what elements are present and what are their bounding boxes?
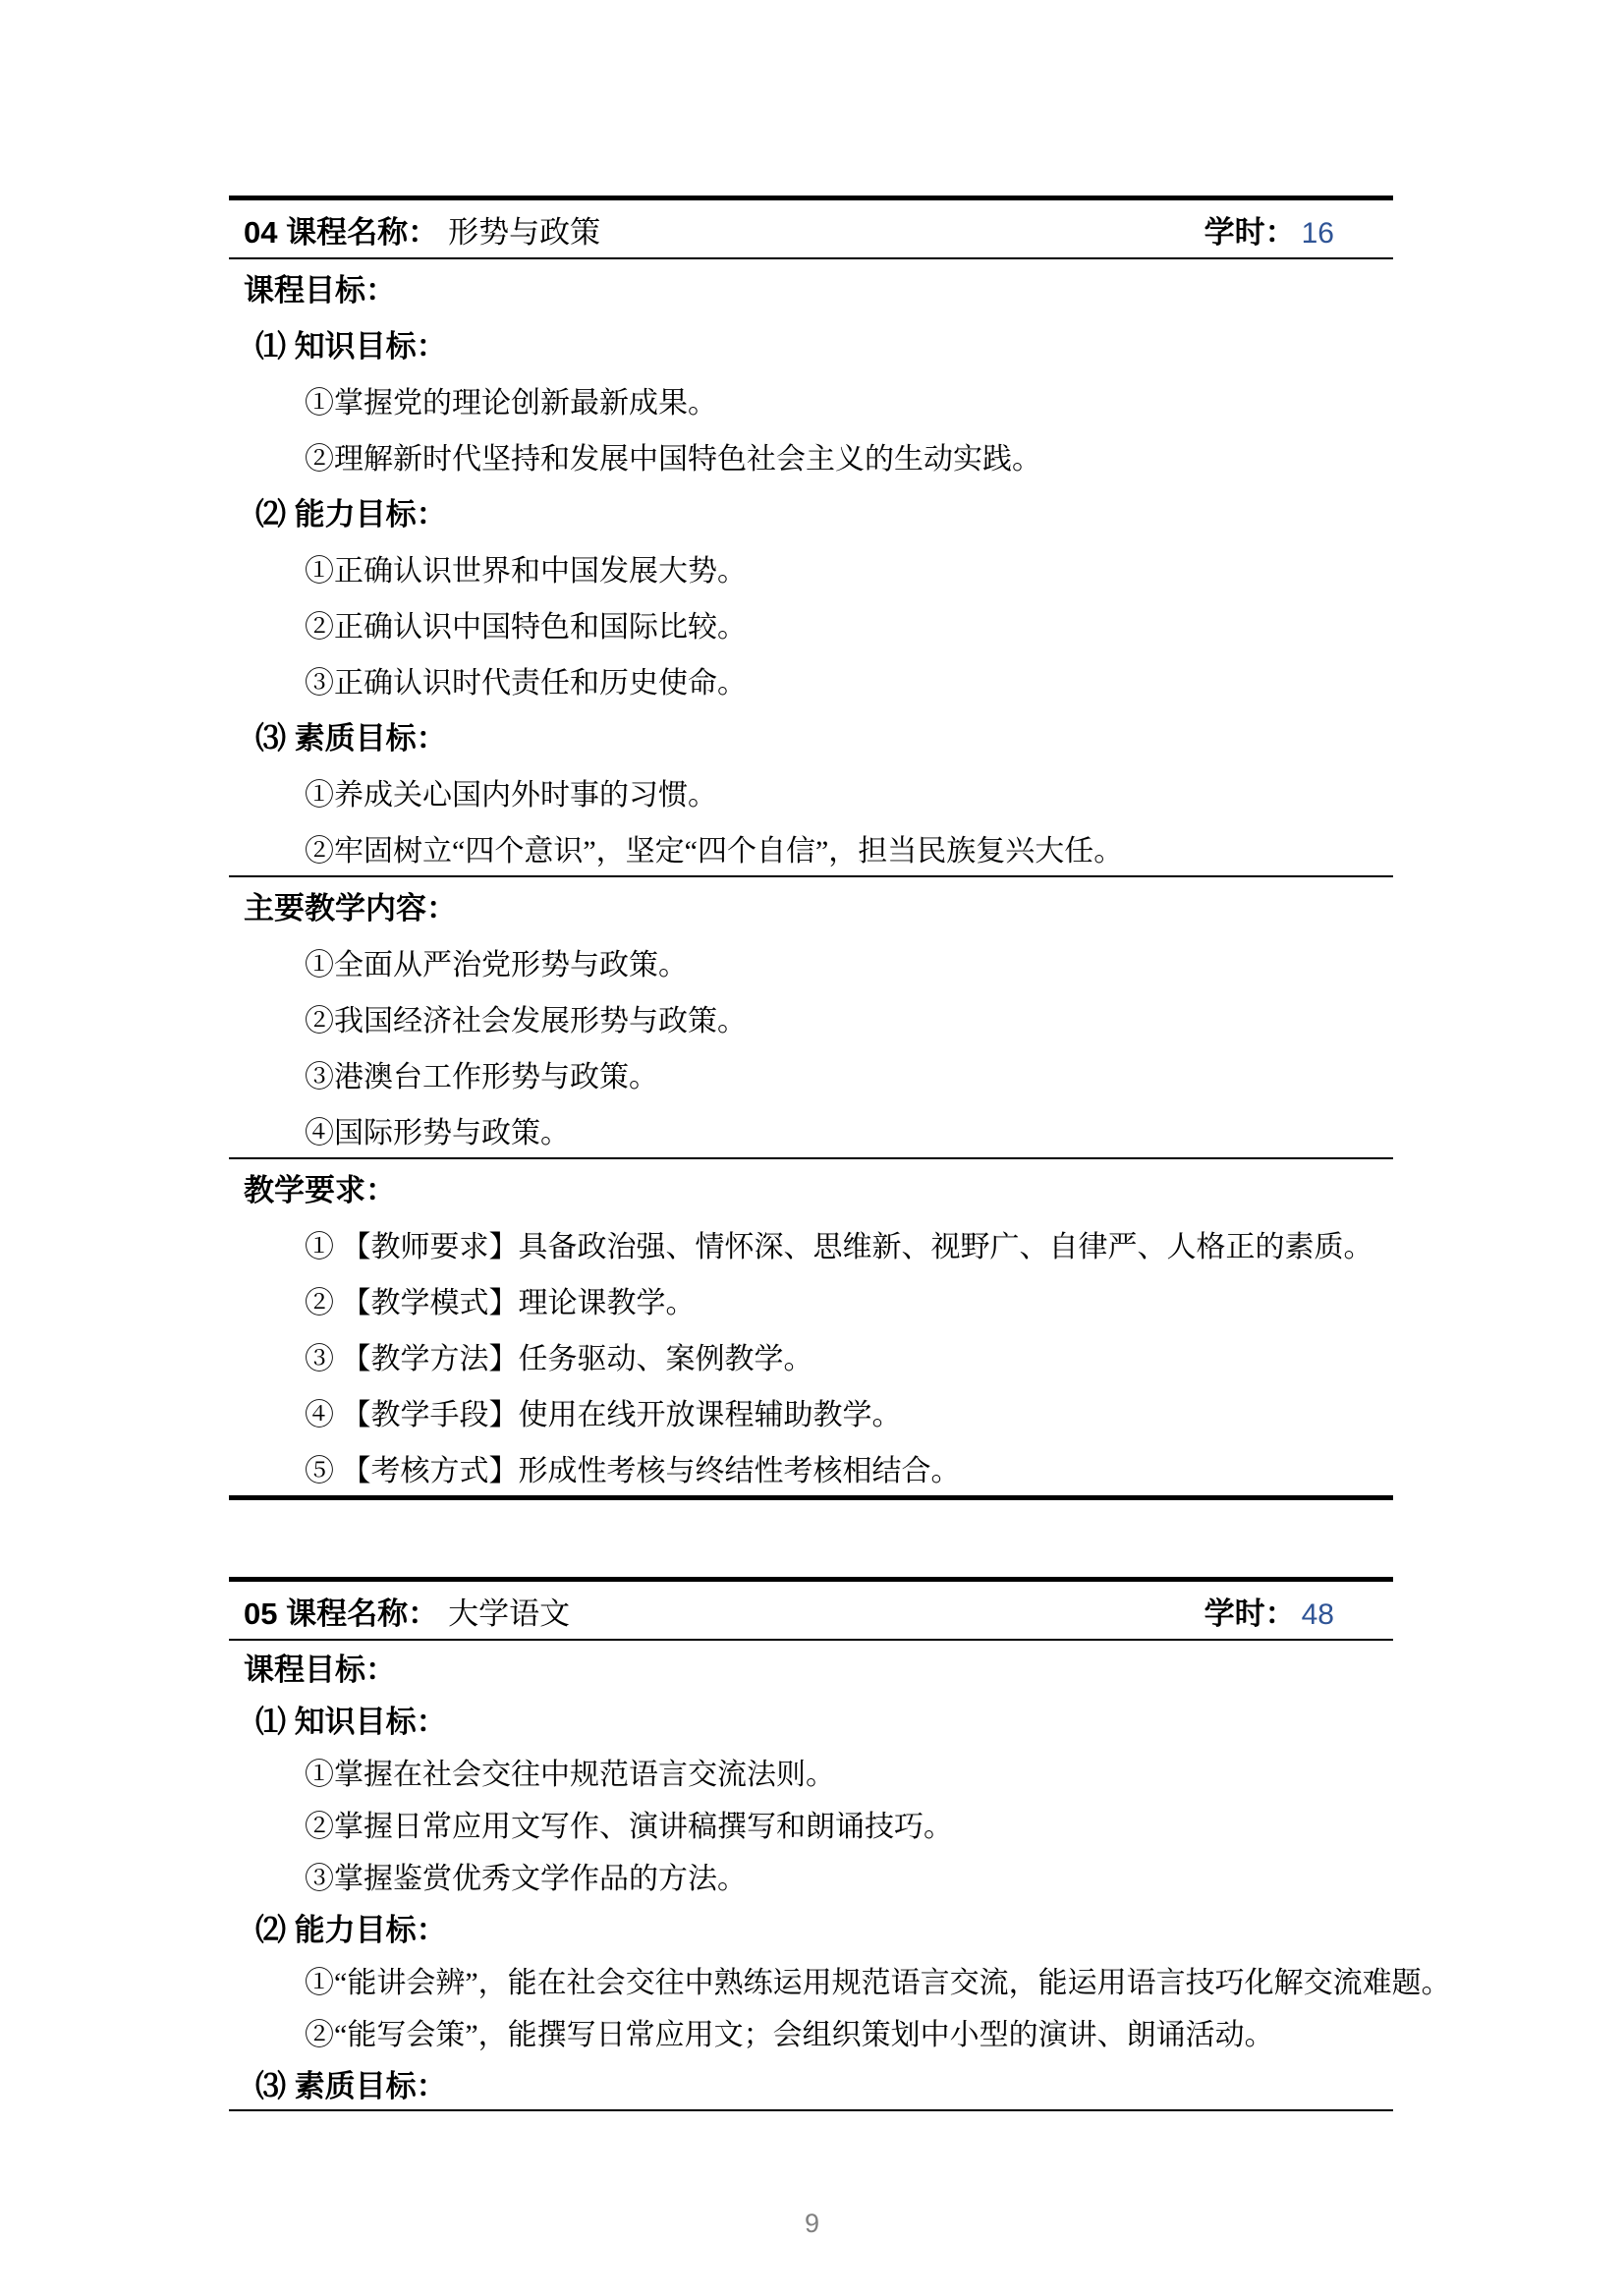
hours-label: 学时： [1204, 207, 1296, 252]
course-04-header-row: 04 课程名称： 形势与政策 学时： 16 [229, 200, 1393, 257]
section-title: 主要教学内容： [229, 877, 1393, 933]
objective-item: ②理解新时代坚持和发展中国特色社会主义的生动实践。 [229, 427, 1393, 483]
objective-item: ①掌握党的理论创新最新成果。 [229, 371, 1393, 427]
objective-group-label: ⑴ 知识目标： [229, 1693, 1393, 1745]
objective-group-label: ⑶ 素质目标： [229, 707, 1393, 763]
course-05-table: 05 课程名称： 大学语文 学时： 48 课程目标： ⑴ 知识目标： ①掌握在社… [229, 1577, 1393, 2111]
objective-group-label: ⑴ 知识目标： [229, 315, 1393, 371]
page-number: 9 [0, 2209, 1624, 2239]
hours-value: 48 [1302, 1598, 1334, 1632]
course-title-group: 05 课程名称： 大学语文 [244, 1589, 570, 1633]
document-page: 04 课程名称： 形势与政策 学时： 16 课程目标： ⑴ 知识目标： ①掌握党… [0, 0, 1624, 2296]
objective-item: ②“能写会策”，能撰写日常应用文；会组织策划中小型的演讲、朗诵活动。 [229, 2005, 1393, 2057]
section-title: 课程目标： [229, 1641, 1393, 1693]
course-04-table: 04 课程名称： 形势与政策 学时： 16 课程目标： ⑴ 知识目标： ①掌握党… [229, 196, 1393, 1500]
objective-item: ②掌握日常应用文写作、演讲稿撰写和朗诵技巧。 [229, 1797, 1393, 1849]
objective-item: ③掌握鉴赏优秀文学作品的方法。 [229, 1849, 1393, 1901]
requirement-item: ① 【教师要求】具备政治强、情怀深、思维新、视野广、自律严、人格正的素质。 [229, 1215, 1393, 1271]
content-item: ④国际形势与政策。 [229, 1101, 1393, 1157]
objective-item: ②正确认识中国特色和国际比较。 [229, 595, 1393, 651]
objective-group-label: ⑵ 能力目标： [229, 483, 1393, 539]
objective-item: ①养成关心国内外时事的习惯。 [229, 763, 1393, 819]
table-bottom-border [229, 1495, 1393, 1500]
course-hours-group: 学时： 16 [1204, 207, 1334, 252]
course-code-label: 05 课程名称： [244, 1589, 438, 1633]
page-break-border [229, 2109, 1393, 2111]
objective-item: ①掌握在社会交往中规范语言交流法则。 [229, 1745, 1393, 1797]
section-title: 课程目标： [229, 259, 1393, 315]
course-name: 形势与政策 [448, 207, 600, 252]
course-05-header-row: 05 课程名称： 大学语文 学时： 48 [229, 1582, 1393, 1639]
hours-value: 16 [1302, 217, 1334, 251]
content-item: ③港澳台工作形势与政策。 [229, 1045, 1393, 1101]
course-hours-group: 学时： 48 [1204, 1589, 1334, 1633]
objective-group-label: ⑶ 素质目标： [229, 2057, 1393, 2109]
content-item: ①全面从严治党形势与政策。 [229, 933, 1393, 989]
requirement-item: ④ 【教学手段】使用在线开放课程辅助教学。 [229, 1383, 1393, 1439]
requirement-item: ② 【教学模式】理论课教学。 [229, 1271, 1393, 1327]
objective-item: ②牢固树立“四个意识”，坚定“四个自信”，担当民族复兴大任。 [229, 819, 1393, 875]
objective-item: ③正确认识时代责任和历史使命。 [229, 651, 1393, 707]
course-code-label: 04 课程名称： [244, 207, 438, 252]
section-title: 教学要求： [229, 1159, 1393, 1215]
content-item: ②我国经济社会发展形势与政策。 [229, 989, 1393, 1045]
hours-label: 学时： [1204, 1589, 1296, 1633]
requirement-item: ⑤ 【考核方式】形成性考核与终结性考核相结合。 [229, 1439, 1393, 1495]
course-name: 大学语文 [448, 1589, 570, 1633]
requirement-item: ③ 【教学方法】任务驱动、案例教学。 [229, 1327, 1393, 1383]
objective-group-label: ⑵ 能力目标： [229, 1901, 1393, 1953]
document-content: 04 课程名称： 形势与政策 学时： 16 课程目标： ⑴ 知识目标： ①掌握党… [229, 0, 1393, 2111]
objective-item: ①正确认识世界和中国发展大势。 [229, 539, 1393, 595]
course-title-group: 04 课程名称： 形势与政策 [244, 207, 600, 252]
objective-item: ①“能讲会辨”，能在社会交往中熟练运用规范语言交流，能运用语言技巧化解交流难题。 [229, 1953, 1393, 2005]
